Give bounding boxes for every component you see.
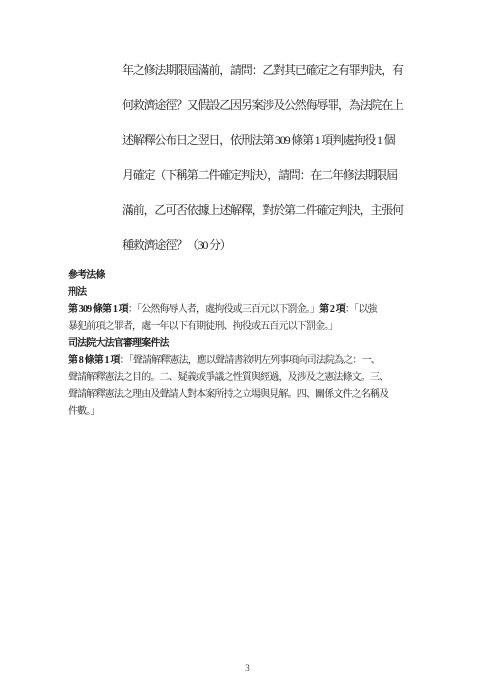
question-line: 種救濟途徑？（30 分）: [122, 228, 403, 263]
law-text-line: 聲請解釋憲法之目的。二、疑義或爭議之性質與經過，及涉及之憲法條文。三、: [68, 369, 388, 386]
law-article-ref: 第 309 條第 1 項: [68, 304, 128, 315]
law-text-line: 暴犯前項之罪者，處一年以下有期徒刑、拘役或五百元以下罰金。」: [68, 318, 388, 335]
reference-heading: 參考法條: [68, 267, 388, 284]
law-text-line: 聲請解釋憲法之理由及聲請人對本案所持之立場與見解。四、關係文件之名稱及: [68, 386, 388, 403]
law-text-segment: ：「以強: [345, 304, 377, 315]
reference-content: 刑法第 309 條第 1 項：「公然侮辱人者，處拘役或三百元以下罰金。」第 2 …: [68, 284, 388, 420]
law-text-line: 第 8 條第 1 項：「聲請解釋憲法，應以聲請書敘明左列事項向司法院為之：一、: [68, 352, 388, 369]
law-text-segment: 聲請解釋憲法之目的。二、疑義或爭議之性質與經過，及涉及之憲法條文。三、: [68, 372, 388, 383]
law-text-segment: ：「聲請解釋憲法，應以聲請書敘明左列事項向司法院為之：一、: [120, 355, 380, 366]
question-paragraph: 年之修法期限屆滿前，請問：乙對其已確定之有罪判決，有何救濟途徑？又假設乙因另案涉…: [122, 53, 403, 263]
document-page: 年之修法期限屆滿前，請問：乙對其已確定之有罪判決，有何救濟途徑？又假設乙因另案涉…: [0, 0, 495, 700]
law-text-line: 第 309 條第 1 項：「公然侮辱人者，處拘役或三百元以下罰金。」第 2 項：…: [68, 301, 388, 318]
law-text-line: 件數。」: [68, 403, 388, 420]
page-number: 3: [0, 663, 495, 673]
law-text-segment: ：「公然侮辱人者，處拘役或三百元以下罰金。」: [128, 304, 319, 315]
question-line: 述解釋公布日之翌日，依刑法第 309 條第 1 項判處拘役 1 個: [122, 123, 403, 158]
law-article-ref: 第 8 條第 1 項: [68, 355, 120, 366]
question-line: 滿前，乙可否依據上述解釋，對於第二件確定判決，主張何: [122, 193, 403, 228]
law-text-segment: 暴犯前項之罪者，處一年以下有期徒刑、拘役或五百元以下罰金。」: [68, 321, 338, 332]
reference-section: 參考法條 刑法第 309 條第 1 項：「公然侮辱人者，處拘役或三百元以下罰金。…: [68, 267, 388, 420]
law-title: 司法院大法官審理案件法: [68, 335, 388, 352]
law-text-segment: 件數。」: [68, 406, 100, 417]
question-line: 月確定（下稱第二件確定判決），請問：在二年修法期限屆: [122, 158, 403, 193]
question-line: 何救濟途徑？又假設乙因另案涉及公然侮辱罪，為法院在上: [122, 88, 403, 123]
question-line: 年之修法期限屆滿前，請問：乙對其已確定之有罪判決，有: [122, 53, 403, 88]
law-article-ref: 第 2 項: [319, 304, 345, 315]
law-text-segment: 聲請解釋憲法之理由及聲請人對本案所持之立場與見解。四、關係文件之名稱及: [68, 389, 388, 400]
law-title: 刑法: [68, 284, 388, 301]
